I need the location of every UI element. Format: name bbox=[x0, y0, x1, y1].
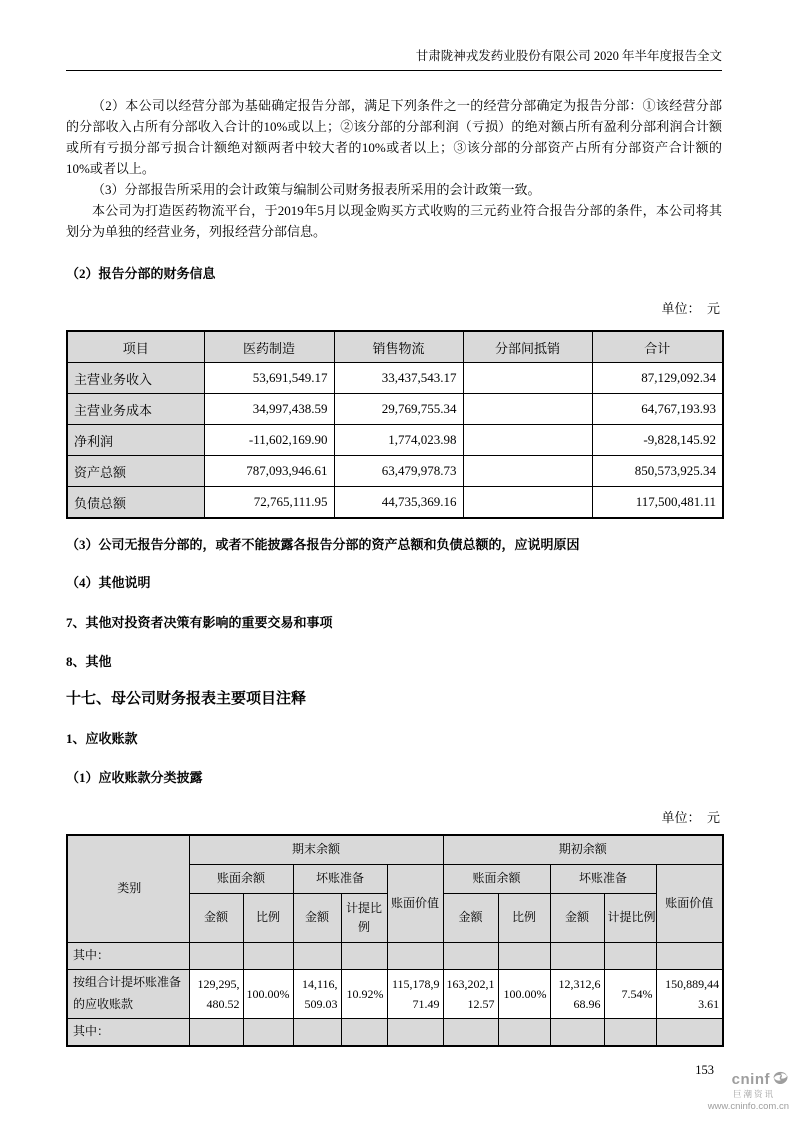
amount-cell: 850,573,925.34 bbox=[592, 456, 723, 487]
column-header-offset: 分部间抵销 bbox=[463, 331, 592, 363]
row-label-cell: 按组合计提坏账准备的应收账款 bbox=[67, 970, 189, 1019]
cninfo-brand-row: cninf bbox=[708, 1071, 789, 1091]
segment-financials-table: 项目 医药制造 销售物流 分部间抵销 合计 主营业务收入 53,691,549.… bbox=[66, 330, 724, 519]
empty-cell bbox=[387, 943, 443, 970]
empty-cell bbox=[550, 1019, 604, 1047]
amount-cell bbox=[463, 487, 592, 519]
page-content: 甘肃陇神戎发药业股份有限公司 2020 年半年度报告全文 （2）本公司以经营分部… bbox=[66, 0, 722, 1078]
amount-cell: 12,312,668.96 bbox=[550, 970, 604, 1019]
amount-cell: 129,295,480.52 bbox=[189, 970, 243, 1019]
column-header-bad-debt: 坏账准备 bbox=[293, 865, 387, 894]
row-label-cell: 主营业务成本 bbox=[67, 394, 204, 425]
empty-cell bbox=[604, 1019, 656, 1047]
amount-cell: -9,828,145.92 bbox=[592, 425, 723, 456]
table-row: 资产总额 787,093,946.61 63,479,978.73 850,57… bbox=[67, 456, 723, 487]
column-header-provision-ratio: 计提比例 bbox=[604, 894, 656, 943]
amount-cell: -11,602,169.90 bbox=[204, 425, 334, 456]
empty-cell bbox=[550, 943, 604, 970]
column-header-total: 合计 bbox=[592, 331, 723, 363]
ratio-cell: 7.54% bbox=[604, 970, 656, 1019]
empty-cell bbox=[443, 943, 498, 970]
empty-cell bbox=[341, 943, 387, 970]
amount-cell: 53,691,549.17 bbox=[204, 363, 334, 394]
column-header-period-begin: 期初余额 bbox=[443, 835, 723, 865]
table-row: 主营业务收入 53,691,549.17 33,437,543.17 87,12… bbox=[67, 363, 723, 394]
heading-receivables-classification: （1）应收账款分类披露 bbox=[66, 769, 722, 786]
column-header-book-value: 账面价值 bbox=[656, 865, 723, 943]
column-header-ratio: 比例 bbox=[498, 894, 550, 943]
row-label-cell: 其中： bbox=[67, 943, 189, 970]
amount-cell bbox=[463, 425, 592, 456]
paragraph-segment-criteria: （2）本公司以经营分部为基础确定报告分部，满足下列条件之一的经营分部确定为报告分… bbox=[66, 95, 722, 179]
column-header-bad-debt: 坏账准备 bbox=[550, 865, 656, 894]
report-header-title: 甘肃陇神戎发药业股份有限公司 2020 年半年度报告全文 bbox=[66, 48, 722, 71]
heading-receivables: 1、应收账款 bbox=[66, 730, 722, 747]
cninfo-brand-chinese: 巨潮资讯 bbox=[708, 1090, 775, 1099]
column-header-amount: 金额 bbox=[550, 894, 604, 943]
table-row: 负债总额 72,765,111.95 44,735,369.16 117,500… bbox=[67, 487, 723, 519]
amount-cell bbox=[463, 394, 592, 425]
heading-no-segment-reason: （3）公司无报告分部的，或者不能披露各报告分部的资产总额和负债总额的，应说明原因 bbox=[66, 536, 722, 553]
amount-cell: 63,479,978.73 bbox=[334, 456, 463, 487]
table-row: 净利润 -11,602,169.90 1,774,023.98 -9,828,1… bbox=[67, 425, 723, 456]
receivables-classification-table: 类别 期末余额 期初余额 账面余额 坏账准备 账面价值 账面余额 坏账准备 账面… bbox=[66, 834, 724, 1047]
empty-cell bbox=[656, 943, 723, 970]
column-header-book-value: 账面价值 bbox=[387, 865, 443, 943]
amount-cell bbox=[463, 456, 592, 487]
heading-other-notes: （4）其他说明 bbox=[66, 574, 722, 591]
amount-cell: 72,765,111.95 bbox=[204, 487, 334, 519]
empty-cell bbox=[387, 1019, 443, 1047]
row-label-cell: 其中： bbox=[67, 1019, 189, 1047]
ratio-cell: 100.00% bbox=[243, 970, 293, 1019]
amount-cell: 14,116,509.03 bbox=[293, 970, 341, 1019]
empty-cell bbox=[341, 1019, 387, 1047]
amount-cell: 1,774,023.98 bbox=[334, 425, 463, 456]
unit-label: 单位： 元 bbox=[66, 809, 722, 826]
amount-cell: 115,178,971.49 bbox=[387, 970, 443, 1019]
page-number: 153 bbox=[66, 1063, 722, 1078]
row-label-cell: 主营业务收入 bbox=[67, 363, 204, 394]
table-row: 其中： bbox=[67, 1019, 723, 1047]
column-header-amount: 金额 bbox=[293, 894, 341, 943]
table-row: 其中： bbox=[67, 943, 723, 970]
column-header-amount: 金额 bbox=[189, 894, 243, 943]
paragraph-accounting-policy: （3）分部报告所采用的会计政策与编制公司财务报表所采用的会计政策一致。 bbox=[66, 179, 722, 200]
column-header-pharma: 医药制造 bbox=[204, 331, 334, 363]
amount-cell: 150,889,443.61 bbox=[656, 970, 723, 1019]
column-header-logistics: 销售物流 bbox=[334, 331, 463, 363]
ratio-cell: 100.00% bbox=[498, 970, 550, 1019]
empty-cell bbox=[498, 1019, 550, 1047]
unit-label: 单位： 元 bbox=[66, 300, 722, 317]
column-header-category: 类别 bbox=[67, 835, 189, 943]
amount-cell: 117,500,481.11 bbox=[592, 487, 723, 519]
amount-cell: 163,202,112.57 bbox=[443, 970, 498, 1019]
amount-cell: 787,093,946.61 bbox=[204, 456, 334, 487]
column-header-book-balance: 账面余额 bbox=[189, 865, 293, 894]
amount-cell: 87,129,092.34 bbox=[592, 363, 723, 394]
heading-item8: 8、其他 bbox=[66, 653, 722, 670]
empty-cell bbox=[443, 1019, 498, 1047]
cninfo-swirl-icon bbox=[772, 1071, 789, 1091]
ratio-cell: 10.92% bbox=[341, 970, 387, 1019]
paragraph-logistics-platform: 本公司为打造医药物流平台，于2019年5月以现金购买方式收购的三元药业符合报告分… bbox=[66, 200, 722, 242]
column-header-item: 项目 bbox=[67, 331, 204, 363]
heading-item7: 7、其他对投资者决策有影响的重要交易和事项 bbox=[66, 614, 722, 631]
column-header-ratio: 比例 bbox=[243, 894, 293, 943]
cninfo-url: www.cninfo.com.cn bbox=[708, 1102, 789, 1112]
empty-cell bbox=[604, 943, 656, 970]
empty-cell bbox=[189, 943, 243, 970]
document-page: 甘肃陇神戎发药业股份有限公司 2020 年半年度报告全文 （2）本公司以经营分部… bbox=[0, 0, 793, 1122]
empty-cell bbox=[498, 943, 550, 970]
empty-cell bbox=[656, 1019, 723, 1047]
cninfo-logo: cninf 巨潮资讯 www.cninfo.com.cn bbox=[708, 1071, 789, 1112]
amount-cell: 33,437,543.17 bbox=[334, 363, 463, 394]
table-row: 按组合计提坏账准备的应收账款 129,295,480.52 100.00% 14… bbox=[67, 970, 723, 1019]
amount-cell: 34,997,438.59 bbox=[204, 394, 334, 425]
heading-section17: 十七、母公司财务报表主要项目注释 bbox=[66, 689, 722, 709]
amount-cell: 29,769,755.34 bbox=[334, 394, 463, 425]
row-label-cell: 负债总额 bbox=[67, 487, 204, 519]
column-header-period-end: 期末余额 bbox=[189, 835, 443, 865]
empty-cell bbox=[293, 1019, 341, 1047]
amount-cell: 44,735,369.16 bbox=[334, 487, 463, 519]
table-header-row: 类别 期末余额 期初余额 bbox=[67, 835, 723, 865]
column-header-amount: 金额 bbox=[443, 894, 498, 943]
column-header-provision-ratio: 计提比例 bbox=[341, 894, 387, 943]
empty-cell bbox=[243, 1019, 293, 1047]
table-row: 主营业务成本 34,997,438.59 29,769,755.34 64,76… bbox=[67, 394, 723, 425]
amount-cell bbox=[463, 363, 592, 394]
column-header-book-balance: 账面余额 bbox=[443, 865, 550, 894]
empty-cell bbox=[293, 943, 341, 970]
amount-cell: 64,767,193.93 bbox=[592, 394, 723, 425]
table-header-row: 项目 医药制造 销售物流 分部间抵销 合计 bbox=[67, 331, 723, 363]
heading-segment-financial-info: （2）报告分部的财务信息 bbox=[66, 265, 722, 282]
empty-cell bbox=[189, 1019, 243, 1047]
empty-cell bbox=[243, 943, 293, 970]
cninfo-brand-text: cninf bbox=[732, 1072, 770, 1089]
row-label-cell: 净利润 bbox=[67, 425, 204, 456]
row-label-cell: 资产总额 bbox=[67, 456, 204, 487]
